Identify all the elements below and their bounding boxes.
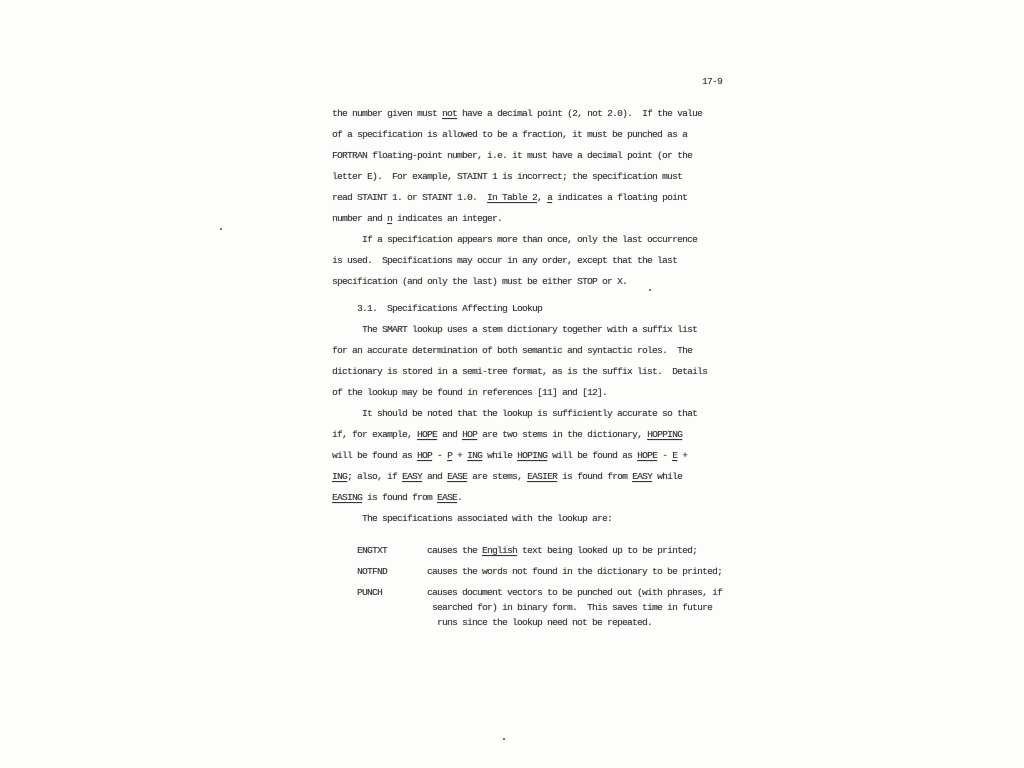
scan-speck xyxy=(649,289,651,291)
text-segment: of the lookup may be found in references… xyxy=(332,387,607,398)
text-line: EASING is found from EASE. xyxy=(332,492,462,504)
text-segment: dictionary is stored in a semi-tree form… xyxy=(332,366,707,377)
text-line: dictionary is stored in a semi-tree form… xyxy=(332,366,707,378)
text-line: The specifications associated with the l… xyxy=(332,513,612,525)
text-line: if, for example, HOPE and HOP are two st… xyxy=(332,429,682,441)
text-segment: 3.1. Specifications Affecting Lookup xyxy=(332,303,542,314)
underlined-text: HOPE xyxy=(417,429,437,440)
text-segment: is found from xyxy=(557,471,632,482)
text-line: 3.1. Specifications Affecting Lookup xyxy=(332,303,542,315)
text-segment: if, for example, xyxy=(332,429,417,440)
text-segment: and xyxy=(437,429,462,440)
text-segment: ENGTXT causes the xyxy=(332,545,482,556)
text-line: ENGTXT causes the English text being loo… xyxy=(332,545,697,557)
underlined-text: EASE xyxy=(447,471,467,482)
underlined-text: ING xyxy=(467,450,482,461)
underlined-text: HOP xyxy=(417,450,432,461)
text-line: letter E). For example, STAINT 1 is inco… xyxy=(332,171,682,183)
page-number: 17-9 xyxy=(702,76,722,87)
text-segment: - xyxy=(432,450,447,461)
underlined-text: EASY xyxy=(632,471,652,482)
underlined-text: HOPE xyxy=(637,450,657,461)
text-line: searched for) in binary form. This saves… xyxy=(332,602,712,614)
text-segment: number and xyxy=(332,213,387,224)
underlined-text: ING xyxy=(332,471,347,482)
text-line: PUNCH causes document vectors to be punc… xyxy=(332,587,722,599)
text-segment: will be found as xyxy=(547,450,637,461)
text-line: for an accurate determination of both se… xyxy=(332,345,692,357)
text-segment: and xyxy=(422,471,447,482)
text-segment: have a decimal point (2, not 2.0). If th… xyxy=(457,108,702,119)
text-segment: , xyxy=(537,192,547,203)
text-line: the number given must not have a decimal… xyxy=(332,108,702,120)
text-segment: - xyxy=(657,450,672,461)
underlined-text: In Table 2 xyxy=(487,192,537,203)
text-line: is used. Specifications may occur in any… xyxy=(332,255,677,267)
text-segment: of a specification is allowed to be a fr… xyxy=(332,129,687,140)
text-segment: FORTRAN floating-point number, i.e. it m… xyxy=(332,150,692,161)
underlined-text: EASIER xyxy=(527,471,557,482)
text-segment: are stems, xyxy=(467,471,527,482)
text-segment: NOTFND causes the words not found in the… xyxy=(332,566,722,577)
text-segment: indicates a floating point xyxy=(552,192,687,203)
scanned-document-page: 17-9 the number given must not have a de… xyxy=(0,0,1024,768)
text-segment: It should be noted that the lookup is su… xyxy=(332,408,697,419)
text-line: of a specification is allowed to be a fr… xyxy=(332,129,687,141)
scan-speck xyxy=(503,738,505,740)
text-line: FORTRAN floating-point number, i.e. it m… xyxy=(332,150,692,162)
text-segment: . xyxy=(457,492,462,503)
text-segment: while xyxy=(652,471,682,482)
text-segment: the number given must xyxy=(332,108,442,119)
text-line: read STAINT 1. or STAINT 1.0. In Table 2… xyxy=(332,192,687,204)
text-segment: The specifications associated with the l… xyxy=(332,513,612,524)
text-line: will be found as HOP - P + ING while HOP… xyxy=(332,450,687,462)
underlined-text: EASING xyxy=(332,492,362,503)
text-line: If a specification appears more than onc… xyxy=(332,234,697,246)
text-segment: letter E). For example, STAINT 1 is inco… xyxy=(332,171,682,182)
text-line: number and n indicates an integer. xyxy=(332,213,502,225)
underlined-text: HOPPING xyxy=(647,429,682,440)
text-segment: read STAINT 1. or STAINT 1.0. xyxy=(332,192,487,203)
underlined-text: not xyxy=(442,108,457,119)
underlined-text: EASY xyxy=(402,471,422,482)
underlined-text: HOPING xyxy=(517,450,547,461)
text-segment: The SMART lookup uses a stem dictionary … xyxy=(332,324,697,335)
text-line: NOTFND causes the words not found in the… xyxy=(332,566,722,578)
text-segment: indicates an integer. xyxy=(392,213,502,224)
underlined-text: English xyxy=(482,545,517,556)
text-segment: for an accurate determination of both se… xyxy=(332,345,692,356)
text-segment: specification (and only the last) must b… xyxy=(332,276,627,287)
text-segment: are two stems in the dictionary, xyxy=(477,429,647,440)
text-segment: searched for) in binary form. This saves… xyxy=(332,602,712,613)
scan-speck xyxy=(220,228,222,230)
text-line: ING; also, if EASY and EASE are stems, E… xyxy=(332,471,682,483)
text-line: The SMART lookup uses a stem dictionary … xyxy=(332,324,697,336)
text-segment: is used. Specifications may occur in any… xyxy=(332,255,677,266)
text-segment: text being looked up to be printed; xyxy=(517,545,697,556)
text-segment: + xyxy=(452,450,467,461)
text-line: It should be noted that the lookup is su… xyxy=(332,408,697,420)
text-line: of the lookup may be found in references… xyxy=(332,387,607,399)
text-segment: runs since the lookup need not be repeat… xyxy=(332,617,652,628)
text-segment: If a specification appears more than onc… xyxy=(332,234,697,245)
text-segment: while xyxy=(482,450,517,461)
text-segment: will be found as xyxy=(332,450,417,461)
text-segment: PUNCH causes document vectors to be punc… xyxy=(332,587,722,598)
underlined-text: EASE xyxy=(437,492,457,503)
text-segment: + xyxy=(677,450,687,461)
text-segment: is found from xyxy=(362,492,437,503)
text-line: runs since the lookup need not be repeat… xyxy=(332,617,652,629)
underlined-text: HOP xyxy=(462,429,477,440)
text-line: specification (and only the last) must b… xyxy=(332,276,627,288)
text-segment: ; also, if xyxy=(347,471,402,482)
